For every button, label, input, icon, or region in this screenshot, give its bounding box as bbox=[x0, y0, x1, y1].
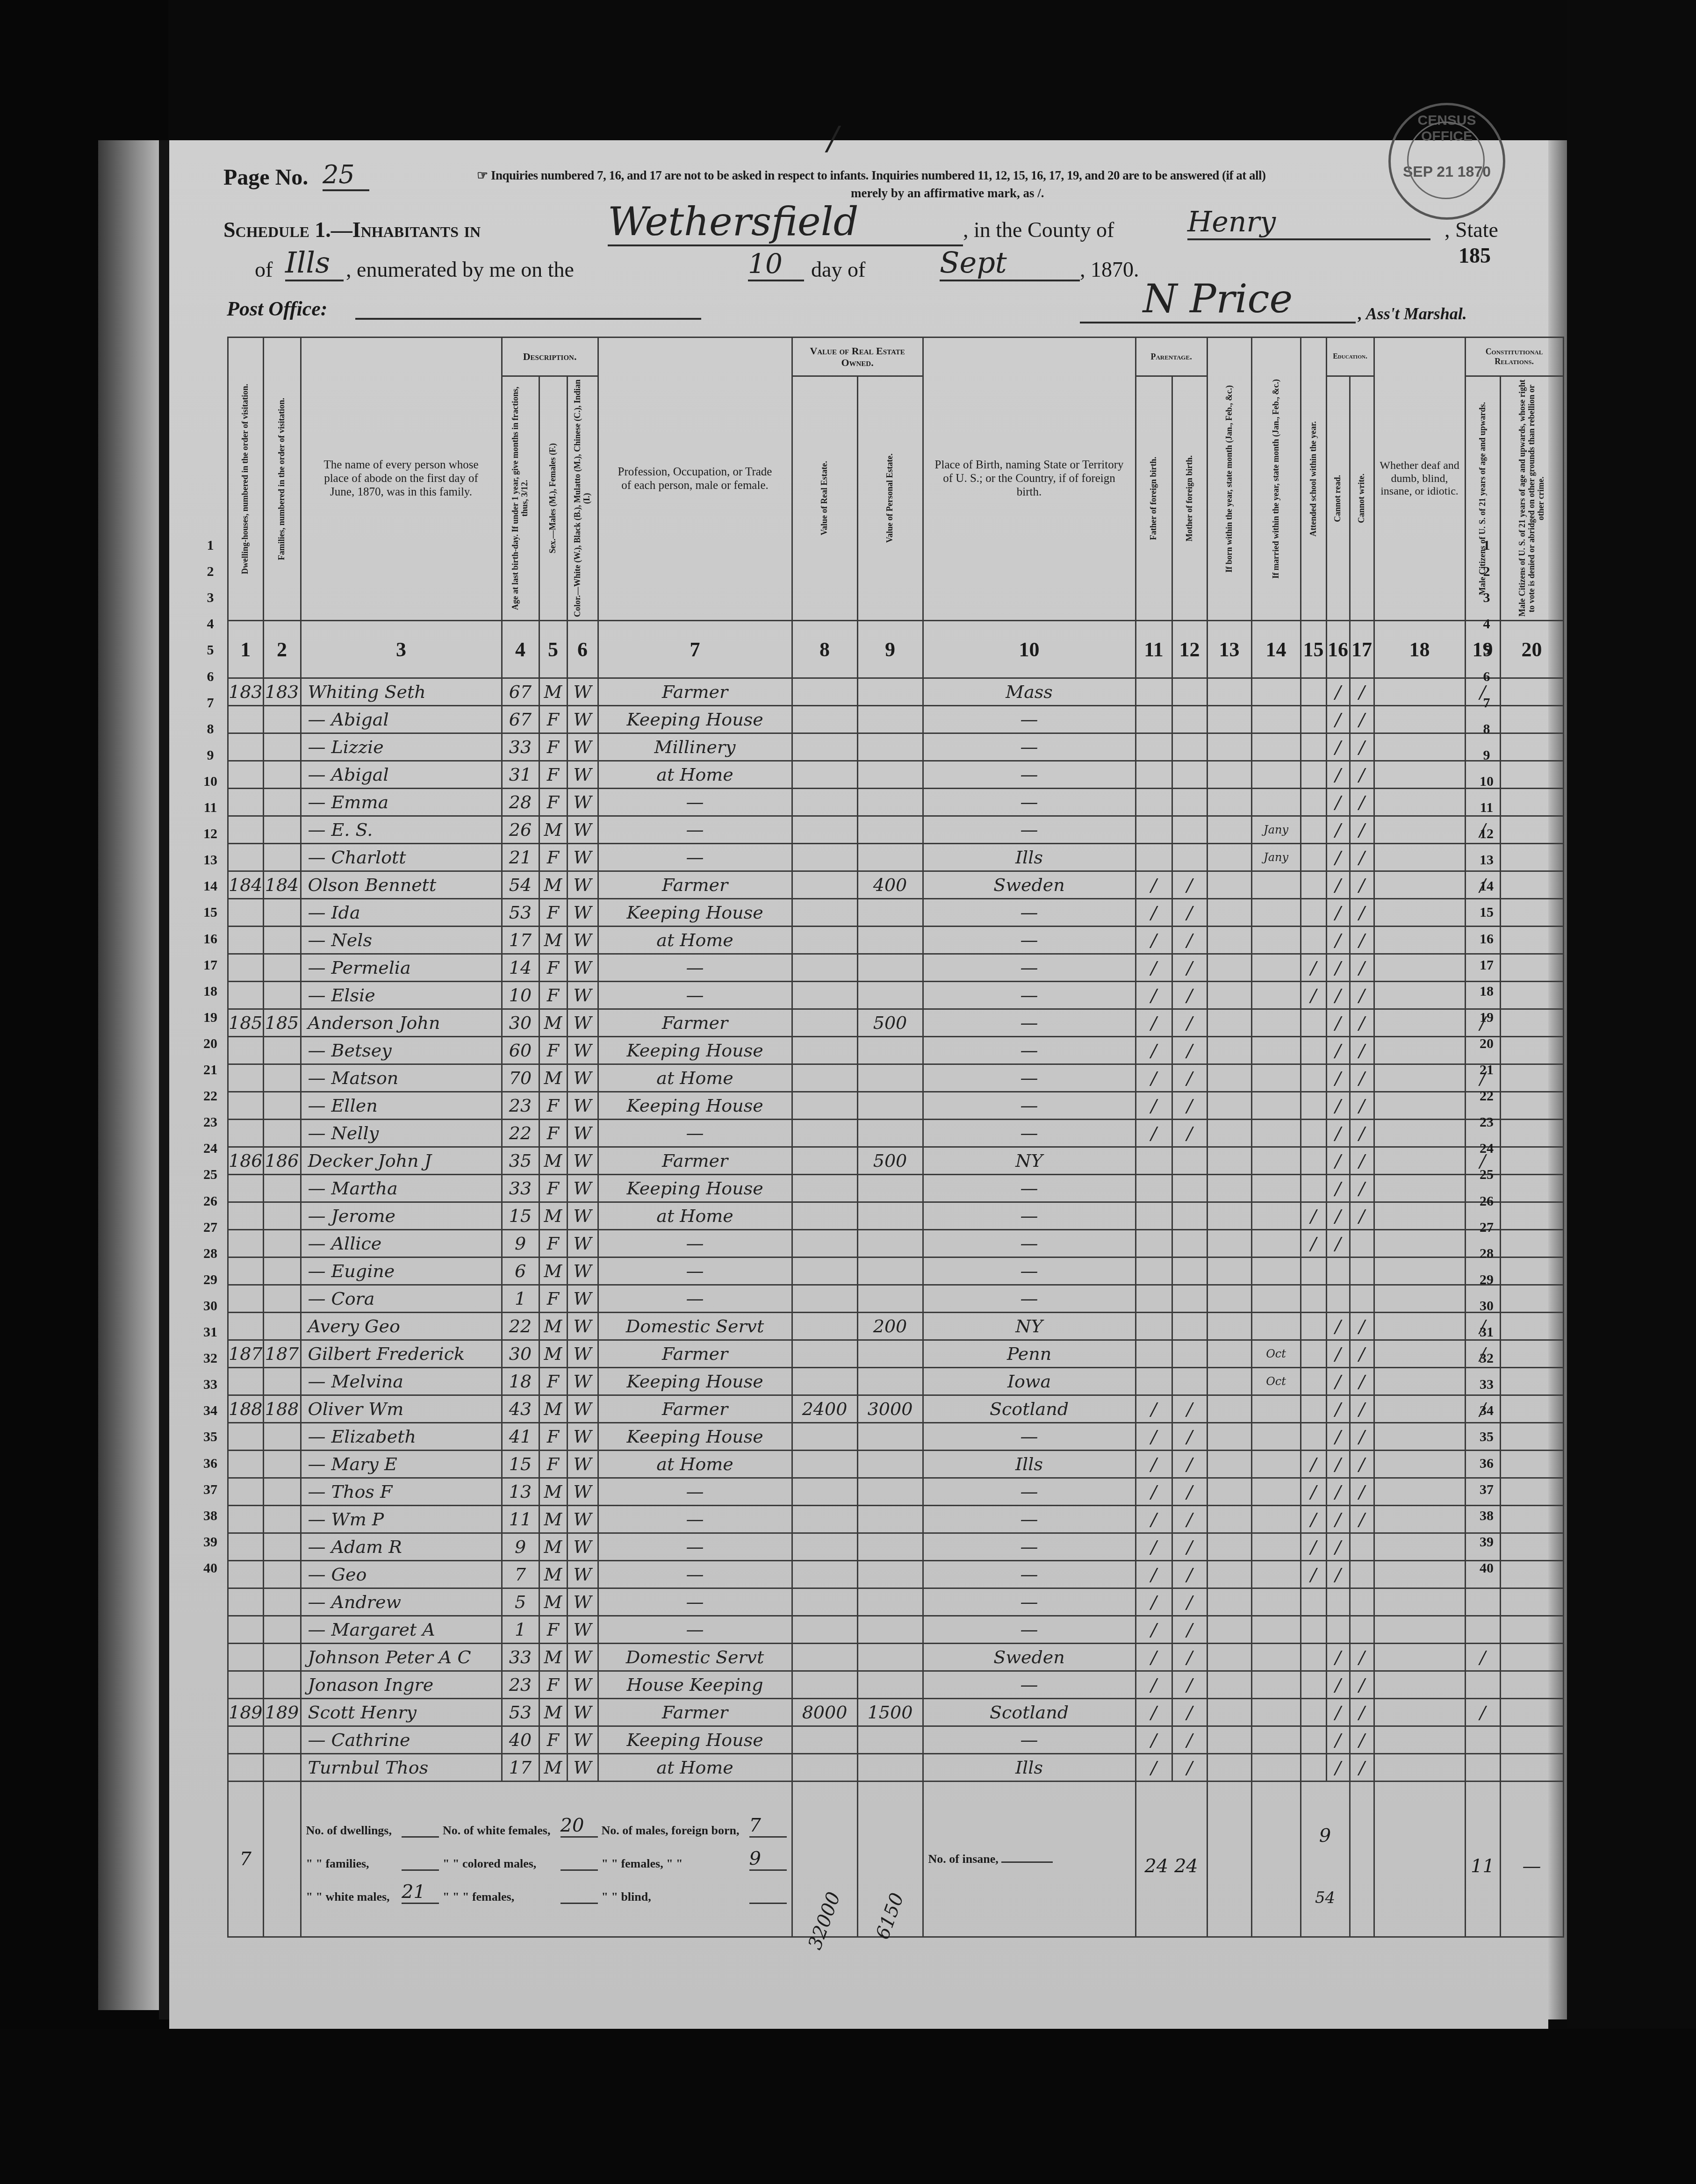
mother-foreign-mark bbox=[1172, 1340, 1207, 1368]
infirmity bbox=[1374, 1175, 1465, 1202]
father-foreign-mark: / bbox=[1135, 899, 1172, 927]
married-month bbox=[1251, 1478, 1301, 1506]
father-foreign-mark: / bbox=[1135, 1726, 1172, 1754]
line-number: 5 bbox=[196, 642, 224, 658]
attended-school-mark bbox=[1301, 1313, 1326, 1340]
attended-school-mark bbox=[1301, 789, 1326, 816]
cannot-read-mark: / bbox=[1326, 1699, 1350, 1726]
father-foreign-mark bbox=[1135, 1175, 1172, 1202]
dwelling-number: 186 bbox=[228, 1147, 264, 1175]
dwelling-number bbox=[228, 1754, 264, 1782]
born-month bbox=[1207, 1478, 1251, 1506]
vote-denied-mark bbox=[1500, 1009, 1563, 1037]
infirmity bbox=[1374, 899, 1465, 927]
birthplace: — bbox=[923, 1726, 1135, 1754]
person-name: Oliver Wm bbox=[301, 1395, 502, 1423]
cannot-write-mark: / bbox=[1350, 1120, 1374, 1147]
real-estate-value bbox=[792, 1147, 857, 1175]
married-month bbox=[1251, 1506, 1301, 1533]
cannot-write-mark: / bbox=[1350, 678, 1374, 706]
mother-foreign-mark: / bbox=[1172, 871, 1207, 899]
col-num: 11 bbox=[1135, 621, 1172, 678]
mother-foreign-mark bbox=[1172, 1257, 1207, 1285]
line-number: 38 bbox=[1473, 1508, 1501, 1524]
citizen-mark bbox=[1465, 1616, 1500, 1644]
col-11-header: Father of foreign birth. bbox=[1135, 376, 1172, 621]
mother-foreign-mark: / bbox=[1172, 982, 1207, 1009]
line-number: 32 bbox=[1473, 1351, 1501, 1366]
cannot-write-mark: / bbox=[1350, 1037, 1374, 1064]
table-row: — Thos F 13 M W — — / / / / / bbox=[228, 1478, 1564, 1506]
dwelling-number bbox=[228, 1175, 264, 1202]
occupation: — bbox=[598, 982, 792, 1009]
birthplace: Ills bbox=[923, 1451, 1135, 1478]
age: 9 bbox=[502, 1230, 539, 1257]
real-estate-value: 2400 bbox=[792, 1395, 857, 1423]
day-of-label: day of bbox=[811, 257, 865, 282]
description-group: Description. bbox=[502, 338, 598, 376]
mother-foreign-mark: / bbox=[1172, 1671, 1207, 1699]
cannot-read-mark: / bbox=[1326, 1644, 1350, 1671]
sheet-number: 185 bbox=[1459, 243, 1491, 268]
attended-school-mark: / bbox=[1301, 982, 1326, 1009]
born-month bbox=[1207, 1423, 1251, 1451]
females-foreign-label: " " females, " " bbox=[602, 1857, 746, 1871]
cannot-read-mark: / bbox=[1326, 816, 1350, 844]
real-estate-value bbox=[792, 706, 857, 733]
personal-estate-value bbox=[857, 1588, 923, 1616]
birthplace: — bbox=[923, 1423, 1135, 1451]
sex: M bbox=[539, 816, 567, 844]
vote-denied-mark bbox=[1500, 954, 1563, 982]
summary-row: 7 No. of dwellings, No. of white females… bbox=[228, 1782, 1564, 1937]
color: W bbox=[567, 1726, 598, 1754]
born-month bbox=[1207, 1009, 1251, 1037]
father-foreign-mark: / bbox=[1135, 1395, 1172, 1423]
col-15-header: Attended school within the year. bbox=[1301, 338, 1326, 621]
mother-foreign-mark: / bbox=[1172, 1009, 1207, 1037]
color: W bbox=[567, 1064, 598, 1092]
family-number bbox=[263, 1257, 301, 1285]
occupation: Keeping House bbox=[598, 1092, 792, 1120]
cannot-write-mark: / bbox=[1350, 789, 1374, 816]
born-month bbox=[1207, 1533, 1251, 1561]
father-foreign-mark: / bbox=[1135, 982, 1172, 1009]
dwelling-number: 188 bbox=[228, 1395, 264, 1423]
cannot-read-mark: / bbox=[1326, 927, 1350, 954]
person-name: — Geo bbox=[301, 1561, 502, 1588]
sex: M bbox=[539, 1257, 567, 1285]
birthplace: — bbox=[923, 1616, 1135, 1644]
vote-denied-mark bbox=[1500, 1120, 1563, 1147]
mother-foreign-mark: / bbox=[1172, 1092, 1207, 1120]
attended-school-mark bbox=[1301, 1037, 1326, 1064]
family-number: 188 bbox=[263, 1395, 301, 1423]
birthplace: — bbox=[923, 899, 1135, 927]
born-month bbox=[1207, 761, 1251, 789]
cannot-read-mark: / bbox=[1326, 1202, 1350, 1230]
schedule-label: Schedule 1.—Inhabitants in bbox=[223, 217, 481, 242]
dwelling-number bbox=[228, 1533, 264, 1561]
line-number: 1 bbox=[1473, 538, 1501, 553]
sex: M bbox=[539, 1395, 567, 1423]
line-number: 24 bbox=[196, 1141, 224, 1157]
occupation: — bbox=[598, 1561, 792, 1588]
line-number: 13 bbox=[196, 852, 224, 868]
birthplace: — bbox=[923, 1202, 1135, 1230]
dwelling-number bbox=[228, 899, 264, 927]
table-row: — Ida 53 F W Keeping House — / / / / bbox=[228, 899, 1564, 927]
sex: M bbox=[539, 1064, 567, 1092]
parentage-total: 24 24 bbox=[1135, 1782, 1207, 1937]
table-row: Turnbul Thos 17 M W at Home Ills / / / / bbox=[228, 1754, 1564, 1782]
infirmity bbox=[1374, 1037, 1465, 1064]
occupation: — bbox=[598, 816, 792, 844]
cannot-read-mark: / bbox=[1326, 1120, 1350, 1147]
males-foreign-label: No. of males, foreign born, bbox=[602, 1824, 746, 1838]
col-18-header: Whether deaf and dumb, blind, insane, or… bbox=[1374, 338, 1465, 621]
occupation: — bbox=[598, 1588, 792, 1616]
table-row: Johnson Peter A C 33 M W Domestic Servt … bbox=[228, 1644, 1564, 1671]
color: W bbox=[567, 733, 598, 761]
person-name: — Martha bbox=[301, 1175, 502, 1202]
age: 22 bbox=[502, 1313, 539, 1340]
cannot-read-mark: / bbox=[1326, 954, 1350, 982]
birthplace: Ills bbox=[923, 844, 1135, 871]
person-name: — Cora bbox=[301, 1285, 502, 1313]
color: W bbox=[567, 789, 598, 816]
mother-foreign-mark: / bbox=[1172, 1451, 1207, 1478]
born-month bbox=[1207, 1368, 1251, 1395]
born-month bbox=[1207, 1644, 1251, 1671]
family-number bbox=[263, 706, 301, 733]
age: 53 bbox=[502, 1699, 539, 1726]
father-foreign-mark bbox=[1135, 1257, 1172, 1285]
cannot-write-mark: / bbox=[1350, 1478, 1374, 1506]
personal-estate-total: 6150 bbox=[857, 1782, 923, 1937]
father-foreign-mark: / bbox=[1135, 1120, 1172, 1147]
cannot-read-mark: / bbox=[1326, 1533, 1350, 1561]
sex: M bbox=[539, 1009, 567, 1037]
cannot-write-mark: / bbox=[1350, 761, 1374, 789]
cannot-read-mark: / bbox=[1326, 761, 1350, 789]
personal-estate-value bbox=[857, 761, 923, 789]
personal-estate-value bbox=[857, 1285, 923, 1313]
citizen-mark: / bbox=[1465, 1644, 1500, 1671]
married-month bbox=[1251, 733, 1301, 761]
cannot-write-mark bbox=[1350, 1230, 1374, 1257]
dwelling-number: 184 bbox=[228, 871, 264, 899]
of-label: of bbox=[255, 257, 273, 282]
age: 33 bbox=[502, 733, 539, 761]
table-row: — Charlott 21 F W — Ills Jany / / bbox=[228, 844, 1564, 871]
family-number bbox=[263, 982, 301, 1009]
family-number: 189 bbox=[263, 1699, 301, 1726]
occupation: at Home bbox=[598, 1064, 792, 1092]
real-estate-value bbox=[792, 1313, 857, 1340]
attended-school-mark bbox=[1301, 1009, 1326, 1037]
line-number: 1 bbox=[196, 538, 224, 553]
real-estate-value bbox=[792, 1506, 857, 1533]
person-name: — Lizzie bbox=[301, 733, 502, 761]
born-month bbox=[1207, 1451, 1251, 1478]
born-month bbox=[1207, 1699, 1251, 1726]
color: W bbox=[567, 1699, 598, 1726]
line-number: 37 bbox=[196, 1482, 224, 1498]
person-name: — Thos F bbox=[301, 1478, 502, 1506]
table-row: — Betsey 60 F W Keeping House — / / / / bbox=[228, 1037, 1564, 1064]
personal-estate-value bbox=[857, 1202, 923, 1230]
family-number bbox=[263, 1588, 301, 1616]
color: W bbox=[567, 1451, 598, 1478]
cannot-write-mark bbox=[1350, 1285, 1374, 1313]
attended-school-mark bbox=[1301, 1726, 1326, 1754]
line-number: 16 bbox=[196, 931, 224, 947]
occupation: Farmer bbox=[598, 1699, 792, 1726]
occupation: Domestic Servt bbox=[598, 1644, 792, 1671]
born-month bbox=[1207, 678, 1251, 706]
attended-school-mark bbox=[1301, 1395, 1326, 1423]
birthplace: — bbox=[923, 1037, 1135, 1064]
personal-estate-value: 200 bbox=[857, 1313, 923, 1340]
personal-estate-value bbox=[857, 844, 923, 871]
line-number: 10 bbox=[196, 774, 224, 790]
infirmity bbox=[1374, 927, 1465, 954]
father-foreign-mark: / bbox=[1135, 1478, 1172, 1506]
father-foreign-mark: / bbox=[1135, 1533, 1172, 1561]
header-group-row: Dwelling-houses, numbered in the order o… bbox=[228, 338, 1564, 376]
person-name: Avery Geo bbox=[301, 1313, 502, 1340]
cannot-read-mark: / bbox=[1326, 1561, 1350, 1588]
dwelling-number bbox=[228, 816, 264, 844]
dwelling-number: 189 bbox=[228, 1699, 264, 1726]
married-month bbox=[1251, 1313, 1301, 1340]
colored-females-label: " " " females, bbox=[443, 1890, 556, 1904]
attended-school-mark bbox=[1301, 733, 1326, 761]
infirmity bbox=[1374, 1478, 1465, 1506]
age: 31 bbox=[502, 761, 539, 789]
line-number: 20 bbox=[196, 1036, 224, 1052]
born-month bbox=[1207, 1120, 1251, 1147]
age: 6 bbox=[502, 1257, 539, 1285]
birthplace: — bbox=[923, 1533, 1135, 1561]
birthplace: — bbox=[923, 1285, 1135, 1313]
married-month bbox=[1251, 1009, 1301, 1037]
cannot-write-mark: / bbox=[1350, 1368, 1374, 1395]
family-number bbox=[263, 1561, 301, 1588]
real-estate-value bbox=[792, 1120, 857, 1147]
cannot-read-mark: / bbox=[1326, 1037, 1350, 1064]
post-office-field bbox=[355, 318, 701, 320]
attended-school-mark bbox=[1301, 816, 1326, 844]
person-name: — Betsey bbox=[301, 1037, 502, 1064]
attended-school-mark: / bbox=[1301, 1478, 1326, 1506]
table-row: — Martha 33 F W Keeping House — / / bbox=[228, 1175, 1564, 1202]
infirmity bbox=[1374, 1230, 1465, 1257]
real-estate-value bbox=[792, 1423, 857, 1451]
born-month bbox=[1207, 816, 1251, 844]
attended-school-mark bbox=[1301, 1754, 1326, 1782]
color: W bbox=[567, 1561, 598, 1588]
father-foreign-mark: / bbox=[1135, 1671, 1172, 1699]
person-name: — Emma bbox=[301, 789, 502, 816]
cannot-write-mark: / bbox=[1350, 1699, 1374, 1726]
col-20-header: Male Citizens of U. S. of 21 years of ag… bbox=[1500, 376, 1563, 621]
person-name: — Abigal bbox=[301, 761, 502, 789]
vote-denied-mark bbox=[1500, 733, 1563, 761]
table-row: Avery Geo 22 M W Domestic Servt 200 NY /… bbox=[228, 1313, 1564, 1340]
person-name: — E. S. bbox=[301, 816, 502, 844]
line-number: 6 bbox=[196, 669, 224, 685]
dwelling-number bbox=[228, 1423, 264, 1451]
census-rows: 183 183 Whiting Seth 67 M W Farmer Mass … bbox=[228, 678, 1564, 1782]
cannot-write-mark: / bbox=[1350, 871, 1374, 899]
line-number: 28 bbox=[196, 1246, 224, 1262]
attended-school-mark bbox=[1301, 706, 1326, 733]
attended-school-mark bbox=[1301, 1285, 1326, 1313]
birthplace: — bbox=[923, 1175, 1135, 1202]
occupation: — bbox=[598, 1120, 792, 1147]
person-name: — Adam R bbox=[301, 1533, 502, 1561]
males-foreign-value: 7 bbox=[749, 1815, 787, 1838]
line-number: 7 bbox=[196, 695, 224, 711]
occupation: Farmer bbox=[598, 871, 792, 899]
personal-estate-value: 3000 bbox=[857, 1395, 923, 1423]
age: 30 bbox=[502, 1340, 539, 1368]
father-foreign-mark bbox=[1135, 789, 1172, 816]
color: W bbox=[567, 1644, 598, 1671]
age: 21 bbox=[502, 844, 539, 871]
county-label: , in the County of bbox=[963, 217, 1114, 242]
occupation: — bbox=[598, 789, 792, 816]
real-estate-value bbox=[792, 1092, 857, 1120]
father-foreign-mark: / bbox=[1135, 1037, 1172, 1064]
vote-denied-mark bbox=[1500, 789, 1563, 816]
top-mark: / bbox=[827, 119, 839, 158]
color: W bbox=[567, 982, 598, 1009]
vote-denied-mark bbox=[1500, 1092, 1563, 1120]
white-females-label: No. of white females, bbox=[443, 1824, 556, 1838]
real-estate-value bbox=[792, 844, 857, 871]
age: 15 bbox=[502, 1451, 539, 1478]
age: 13 bbox=[502, 1478, 539, 1506]
birthplace: — bbox=[923, 1230, 1135, 1257]
line-number: 30 bbox=[196, 1298, 224, 1314]
mother-foreign-mark: / bbox=[1172, 1506, 1207, 1533]
table-row: — Permelia 14 F W — — / / / / / bbox=[228, 954, 1564, 982]
line-number: 31 bbox=[1473, 1324, 1501, 1340]
sex: M bbox=[539, 1202, 567, 1230]
mother-foreign-mark bbox=[1172, 678, 1207, 706]
col-4-header: Age at last birth-day. If under 1 year, … bbox=[502, 376, 539, 621]
table-row: — Jerome 15 M W at Home — / / / bbox=[228, 1202, 1564, 1230]
cannot-write-mark bbox=[1350, 1257, 1374, 1285]
dwelling-number bbox=[228, 1092, 264, 1120]
real-estate-value bbox=[792, 1671, 857, 1699]
line-number: 39 bbox=[196, 1534, 224, 1550]
occupation: Keeping House bbox=[598, 1037, 792, 1064]
vote-denied-mark bbox=[1500, 1533, 1563, 1561]
occupation: Farmer bbox=[598, 1147, 792, 1175]
color: W bbox=[567, 706, 598, 733]
occupation: Domestic Servt bbox=[598, 1313, 792, 1340]
table-row: — Elsie 10 F W — — / / / / / bbox=[228, 982, 1564, 1009]
vote-denied-mark bbox=[1500, 899, 1563, 927]
married-month bbox=[1251, 1120, 1301, 1147]
personal-estate-value bbox=[857, 1037, 923, 1064]
attended-school-mark bbox=[1301, 1616, 1326, 1644]
personal-estate-value bbox=[857, 927, 923, 954]
real-estate-value bbox=[792, 761, 857, 789]
attended-school-mark bbox=[1301, 871, 1326, 899]
township-field: Wethersfield bbox=[608, 199, 963, 246]
color: W bbox=[567, 1230, 598, 1257]
infirmity bbox=[1374, 1285, 1465, 1313]
col-num: 2 bbox=[263, 621, 301, 678]
birthplace: NY bbox=[923, 1147, 1135, 1175]
age: 28 bbox=[502, 789, 539, 816]
col-6-header: Color.—White (W.), Black (B.), Mulatto (… bbox=[567, 376, 598, 621]
married-month bbox=[1251, 1175, 1301, 1202]
cannot-read-mark: / bbox=[1326, 1726, 1350, 1754]
line-number: 29 bbox=[1473, 1272, 1501, 1288]
vote-denied-mark bbox=[1500, 871, 1563, 899]
table-row: 185 185 Anderson John 30 M W Farmer 500 … bbox=[228, 1009, 1564, 1037]
real-estate-value bbox=[792, 1478, 857, 1506]
family-number bbox=[263, 1285, 301, 1313]
attended-school-mark bbox=[1301, 761, 1326, 789]
line-number: 11 bbox=[196, 800, 224, 816]
col-13-header: If born within the year, state month (Ja… bbox=[1207, 338, 1251, 621]
mother-foreign-mark bbox=[1172, 1175, 1207, 1202]
line-number: 17 bbox=[1473, 957, 1501, 973]
real-estate-value bbox=[792, 1257, 857, 1285]
birthplace: — bbox=[923, 706, 1135, 733]
attended-school-mark bbox=[1301, 1092, 1326, 1120]
attended-school-mark bbox=[1301, 1644, 1326, 1671]
real-estate-value bbox=[792, 1064, 857, 1092]
color: W bbox=[567, 678, 598, 706]
age: 17 bbox=[502, 1754, 539, 1782]
personal-estate-value bbox=[857, 1340, 923, 1368]
sex: F bbox=[539, 1037, 567, 1064]
table-row: 186 186 Decker John J 35 M W Farmer 500 … bbox=[228, 1147, 1564, 1175]
born-month bbox=[1207, 871, 1251, 899]
line-number: 36 bbox=[1473, 1456, 1501, 1472]
col-num: 10 bbox=[923, 621, 1135, 678]
sex: M bbox=[539, 1340, 567, 1368]
table-row: — Geo 7 M W — — / / / / bbox=[228, 1561, 1564, 1588]
vote-denied-mark bbox=[1500, 1644, 1563, 1671]
personal-estate-value bbox=[857, 1120, 923, 1147]
line-number: 36 bbox=[196, 1456, 224, 1472]
sex: F bbox=[539, 706, 567, 733]
table-row: — Andrew 5 M W — — / / bbox=[228, 1588, 1564, 1616]
dwelling-number bbox=[228, 761, 264, 789]
citizen-mark bbox=[1465, 1588, 1500, 1616]
family-number bbox=[263, 1616, 301, 1644]
father-foreign-mark: / bbox=[1135, 1423, 1172, 1451]
dwelling-number bbox=[228, 954, 264, 982]
dwelling-number bbox=[228, 844, 264, 871]
dwelling-number bbox=[228, 1120, 264, 1147]
mother-foreign-mark: / bbox=[1172, 1037, 1207, 1064]
real-estate-value bbox=[792, 1175, 857, 1202]
line-number: 5 bbox=[1473, 642, 1501, 658]
color: W bbox=[567, 1175, 598, 1202]
real-estate-value bbox=[792, 1726, 857, 1754]
real-estate-value bbox=[792, 1588, 857, 1616]
